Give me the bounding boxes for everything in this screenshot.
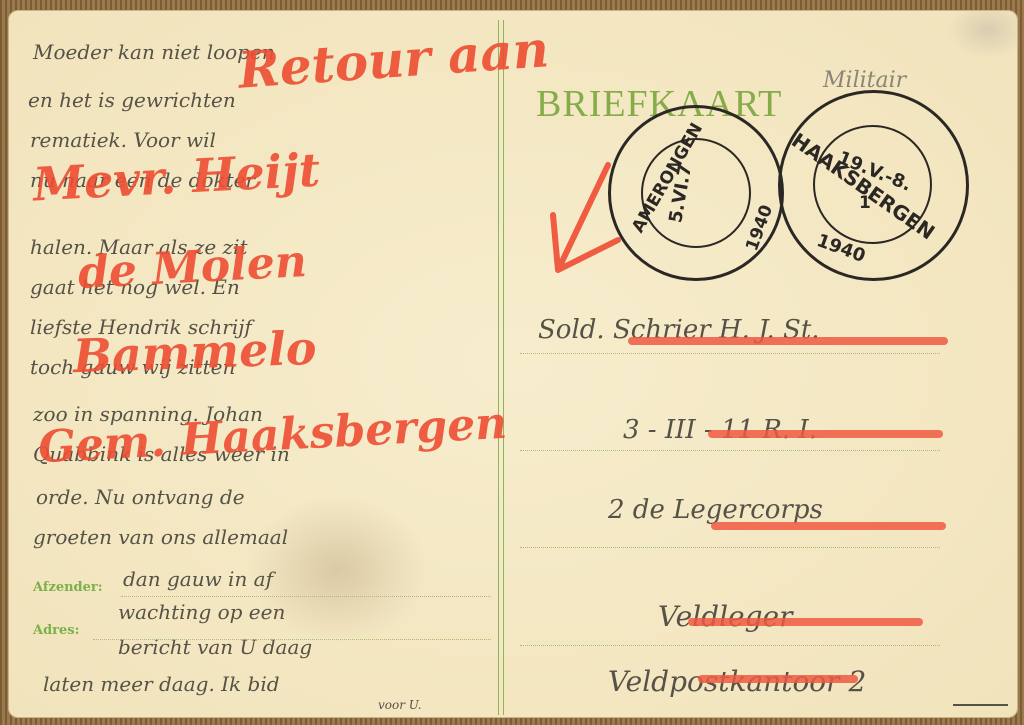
adres-dotted-line: [93, 639, 491, 640]
message-line: wachting op een: [118, 600, 285, 624]
red-strikethrough: [698, 675, 858, 683]
message-line: orde. Nu ontvang de: [36, 485, 245, 509]
red-annotation-line: de Molen: [77, 236, 308, 299]
postmark-haaksbergen: HAAKSBERGEN 19.V.-8. 1 1940: [778, 90, 969, 281]
message-line: groeten van ons allemaal: [33, 525, 288, 549]
red-strikethrough: [628, 337, 948, 345]
red-annotation-line: Bammelo: [72, 321, 317, 383]
top-right-note: Militair: [823, 68, 906, 93]
afzender-label: Afzender:: [33, 580, 103, 595]
red-strikethrough: [711, 522, 946, 530]
address-dotted-line: [520, 353, 940, 354]
address-line: Veldleger: [658, 600, 793, 633]
adres-label: Adres:: [33, 623, 79, 638]
address-dotted-line: [520, 645, 940, 646]
postcard: BRIEFKAART Moeder kan niet loopen en het…: [8, 10, 1018, 718]
message-line: voor U.: [378, 698, 422, 712]
message-line: en het is gewrichten: [28, 88, 236, 112]
postmark-amerongen: AMERONGEN 5.VI.7 1940: [608, 105, 784, 281]
underline-mark: [953, 704, 1008, 706]
center-divider-line: [498, 20, 499, 715]
message-line: laten meer daag. Ik bid: [43, 672, 280, 696]
address-line: 2 de Legercorps: [608, 495, 823, 525]
red-annotation-line: Mevr. Heijt: [32, 143, 321, 212]
center-divider-line-2: [503, 20, 504, 715]
afzender-dotted-line: [121, 596, 491, 597]
address-dotted-line: [520, 450, 940, 451]
message-line: dan gauw in af: [123, 567, 273, 591]
red-strikethrough: [708, 430, 943, 438]
postmark-sub: 1: [859, 193, 871, 213]
address-dotted-line: [520, 547, 940, 548]
red-strikethrough: [688, 618, 923, 626]
